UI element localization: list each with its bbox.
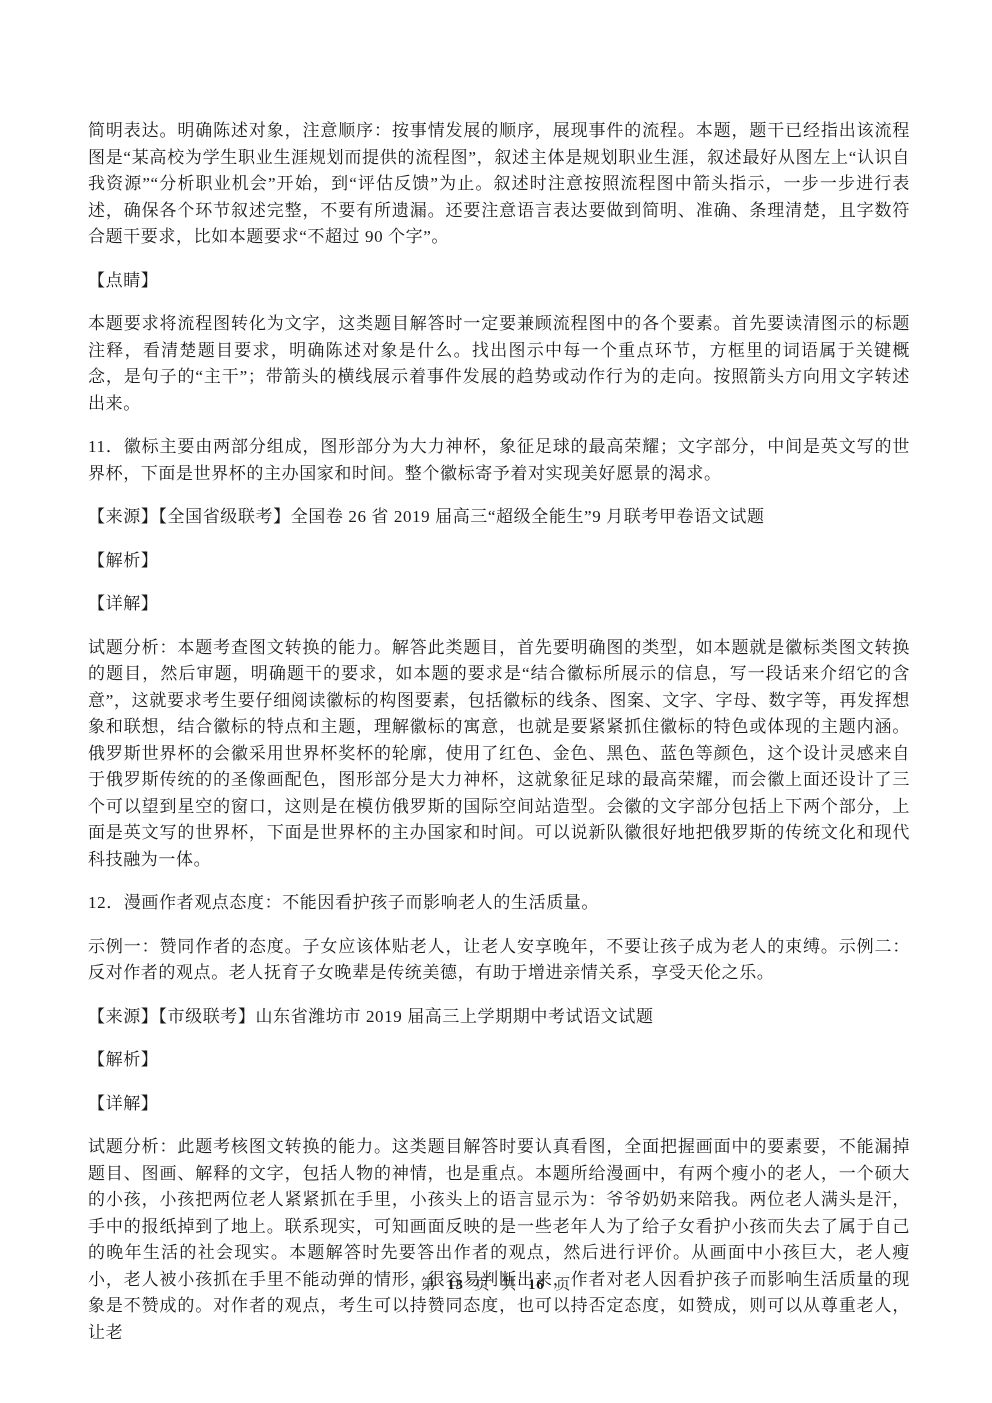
document-page: 简明表达。明确陈述对象，注意顺序：按事情发展的顺序，展现事件的流程。本题，题干已… (0, 0, 992, 1403)
footer-suffix: 页 (555, 1277, 571, 1293)
page-footer: 第 13 页 共 16 页 (0, 1274, 992, 1296)
paragraph-dianjing-note: 本题要求将流程图转化为文字，这类题目解答时一定要兼顾流程图中的各个要素。首先要读… (88, 311, 910, 417)
source-line-weifang-exam: 【来源】【市级联考】山东省潍坊市 2019 届高三上学期期中考试语文试题 (88, 1004, 910, 1031)
source-line-national-exam: 【来源】【全国省级联考】全国卷 26 省 2019 届高三“超级全能生”9 月联… (88, 504, 910, 531)
document-body: 简明表达。明确陈述对象，注意顺序：按事情发展的顺序，展现事件的流程。本题，题干已… (88, 118, 910, 1346)
heading-xiangjie-2: 【详解】 (88, 1091, 910, 1118)
heading-jiexi-1: 【解析】 (88, 548, 910, 575)
footer-prefix: 第 (421, 1277, 437, 1293)
paragraph-analysis-emblem: 试题分析：本题考查图文转换的能力。解答此类题目，首先要明确图的类型，如本题就是徽… (88, 635, 910, 874)
footer-total-pages: 16 (528, 1277, 545, 1293)
heading-xiangjie-1: 【详解】 (88, 591, 910, 618)
paragraph-answer-12: 12．漫画作者观点态度：不能因看护孩子而影响老人的生活质量。 (88, 890, 910, 917)
paragraph-flowchart-answer-continued: 简明表达。明确陈述对象，注意顺序：按事情发展的顺序，展现事件的流程。本题，题干已… (88, 118, 910, 251)
heading-jiexi-2: 【解析】 (88, 1047, 910, 1074)
heading-dianjing: 【点睛】 (88, 268, 910, 295)
paragraph-example-answers: 示例一：赞同作者的态度。子女应该体贴老人，让老人安享晚年，不要让孩子成为老人的束… (88, 934, 910, 987)
footer-middle: 页 共 (475, 1277, 518, 1293)
paragraph-analysis-cartoon: 试题分析：此题考核图文转换的能力。这类题目解答时要认真看图，全面把握画面中的要素… (88, 1134, 910, 1346)
footer-page-number: 13 (447, 1277, 464, 1293)
paragraph-answer-11: 11．徽标主要由两部分组成，图形部分为大力神杯，象征足球的最高荣耀；文字部分，中… (88, 434, 910, 487)
